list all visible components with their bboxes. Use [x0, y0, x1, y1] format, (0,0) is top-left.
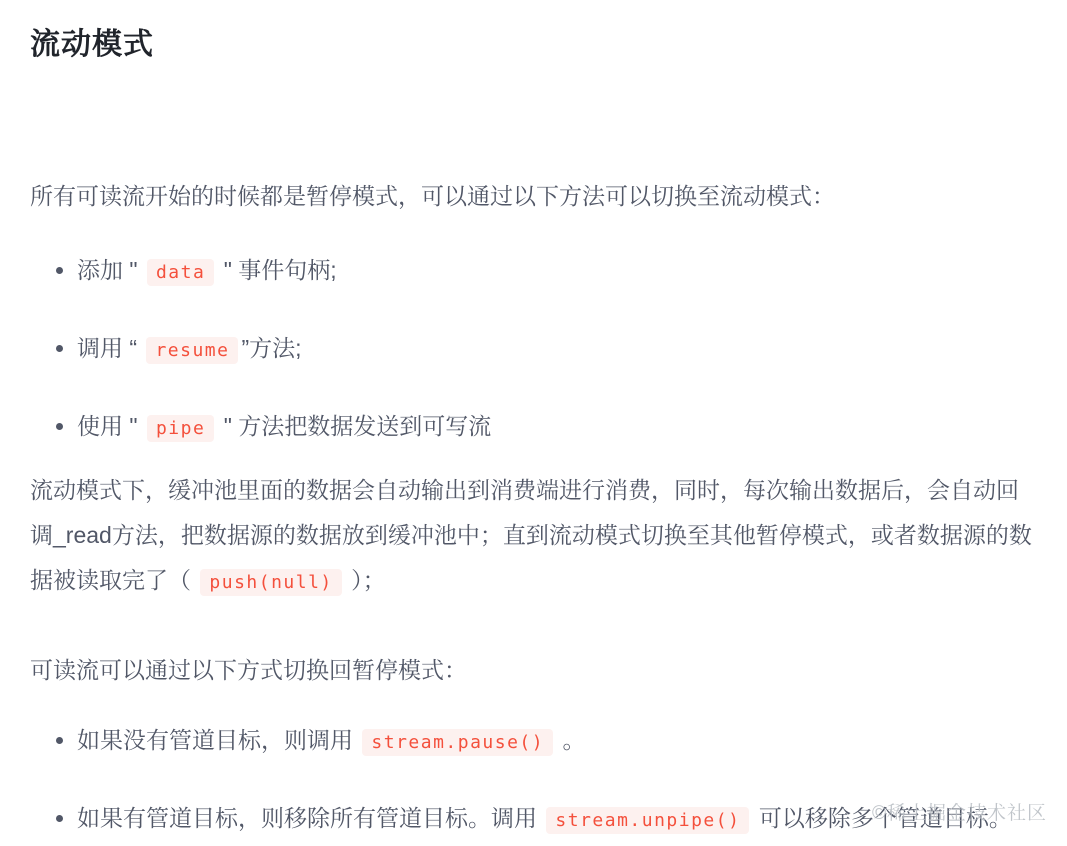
inline-code: pipe — [147, 415, 214, 442]
inline-code: stream.pause() — [362, 729, 553, 756]
list-item: 如果有管道目标，则移除所有管道目标。调用 stream.unpipe() 可以移… — [77, 801, 1037, 838]
list-item: 使用 " pipe " 方法把数据发送到可写流 — [77, 409, 1037, 446]
page-title: 流动模式 — [30, 26, 1037, 64]
intro-paragraph: 所有可读流开始的时候都是暂停模式，可以通过以下方法可以切换至流动模式： — [30, 174, 1037, 219]
inline-code: push(null) — [200, 569, 341, 596]
inline-code: stream.unpipe() — [546, 807, 749, 834]
pause-mode-list: 如果没有管道目标，则调用 stream.pause() 。 如果有管道目标，则移… — [30, 723, 1037, 838]
inline-code: data — [147, 259, 214, 286]
list-item: 如果没有管道目标，则调用 stream.pause() 。 — [77, 723, 1037, 760]
article-page: 流动模式 所有可读流开始的时候都是暂停模式，可以通过以下方法可以切换至流动模式：… — [0, 0, 1067, 846]
pause-intro-paragraph: 可读流可以通过以下方式切换回暂停模式： — [30, 648, 1037, 693]
flow-mode-paragraph: 流动模式下，缓冲池里面的数据会自动输出到消费端进行消费，同时，每次输出数据后，会… — [30, 468, 1037, 605]
switch-mode-list: 添加 " data " 事件句柄; 调用 “ resume”方法; 使用 " p… — [30, 253, 1037, 446]
inline-code: resume — [146, 337, 238, 364]
list-item: 添加 " data " 事件句柄; — [77, 253, 1037, 290]
list-item: 调用 “ resume”方法; — [77, 331, 1037, 368]
